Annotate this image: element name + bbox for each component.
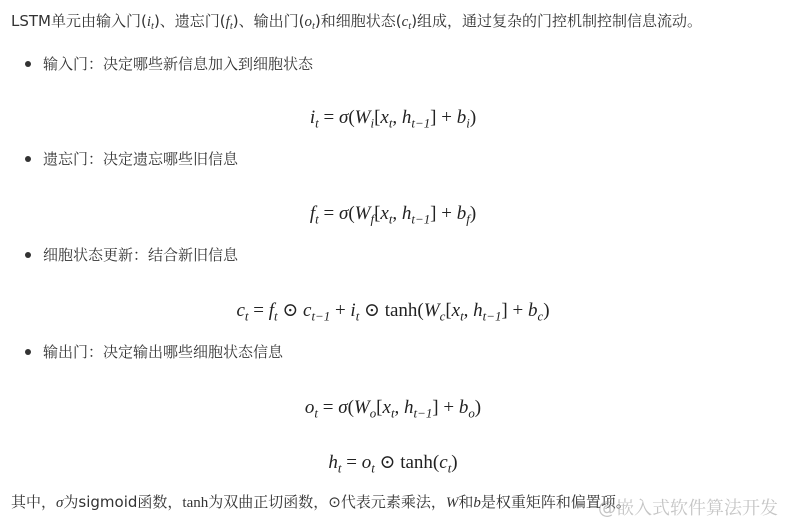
bullet-label: 输出门：决定输出哪些细胞状态信息 [43, 341, 283, 363]
intro-text: LSTM单元由输入门( [11, 12, 147, 30]
bullet-dot-icon [25, 156, 31, 162]
bullet-input-gate: 输入门：决定哪些新信息加入到细胞状态 [25, 53, 313, 75]
formula-hidden-state: ht = ot ⊙ tanh(ct) [0, 450, 786, 476]
output-gate-symbol: ot [304, 14, 314, 30]
forget-gate-symbol: ft [226, 14, 233, 30]
formula-output-gate: ot = σ(Wo[xt, ht−1] + bo) [0, 395, 786, 421]
footer-paragraph: 其中，σ为sigmoid函数，tanh为双曲正切函数，⊙代表元素乘法，W和b是权… [11, 491, 631, 514]
bullet-cell-update: 细胞状态更新：结合新旧信息 [25, 244, 238, 266]
bullet-label: 输入门：决定哪些新信息加入到细胞状态 [43, 53, 313, 75]
footer-text: 为双曲正切函数， [208, 493, 328, 511]
formula-cell-update: ct = ft ⊙ ct−1 + it ⊙ tanh(Wc[xt, ht−1] … [0, 298, 786, 324]
tanh-symbol: tanh [182, 495, 208, 511]
watermark: @嵌入式软件算法开发 [598, 494, 778, 520]
cell-state-symbol: ct [402, 14, 412, 30]
formula-input-gate: it = σ(Wi[xt, ht−1] + bi) [0, 105, 786, 131]
footer-text: 和 [458, 493, 473, 511]
footer-text: 其中， [11, 493, 56, 511]
bullet-dot-icon [25, 252, 31, 258]
formula-forget-gate: ft = σ(Wf[xt, ht−1] + bf) [0, 201, 786, 227]
weight-symbol: W [446, 495, 459, 511]
bullet-label: 遗忘门：决定遗忘哪些旧信息 [43, 148, 238, 170]
bullet-dot-icon [25, 349, 31, 355]
intro-text: )、遗忘门( [154, 12, 226, 30]
intro-paragraph: LSTM单元由输入门(it)、遗忘门(ft)、输出门(ot)和细胞状态(ct)组… [11, 10, 702, 33]
bullet-label: 细胞状态更新：结合新旧信息 [43, 244, 238, 266]
input-gate-symbol: it [147, 14, 154, 30]
bullet-output-gate: 输出门：决定输出哪些细胞状态信息 [25, 341, 283, 363]
bias-symbol: b [473, 495, 481, 511]
intro-text: )、输出门( [233, 12, 305, 30]
intro-text: )组成，通过复杂的门控机制控制信息流动。 [411, 12, 702, 30]
odot-symbol: ⊙ [328, 493, 341, 511]
intro-text: )和细胞状态( [315, 12, 402, 30]
bullet-dot-icon [25, 61, 31, 67]
bullet-forget-gate: 遗忘门：决定遗忘哪些旧信息 [25, 148, 238, 170]
footer-text: 代表元素乘法， [341, 493, 446, 511]
footer-text: 为sigmoid函数， [63, 493, 182, 511]
